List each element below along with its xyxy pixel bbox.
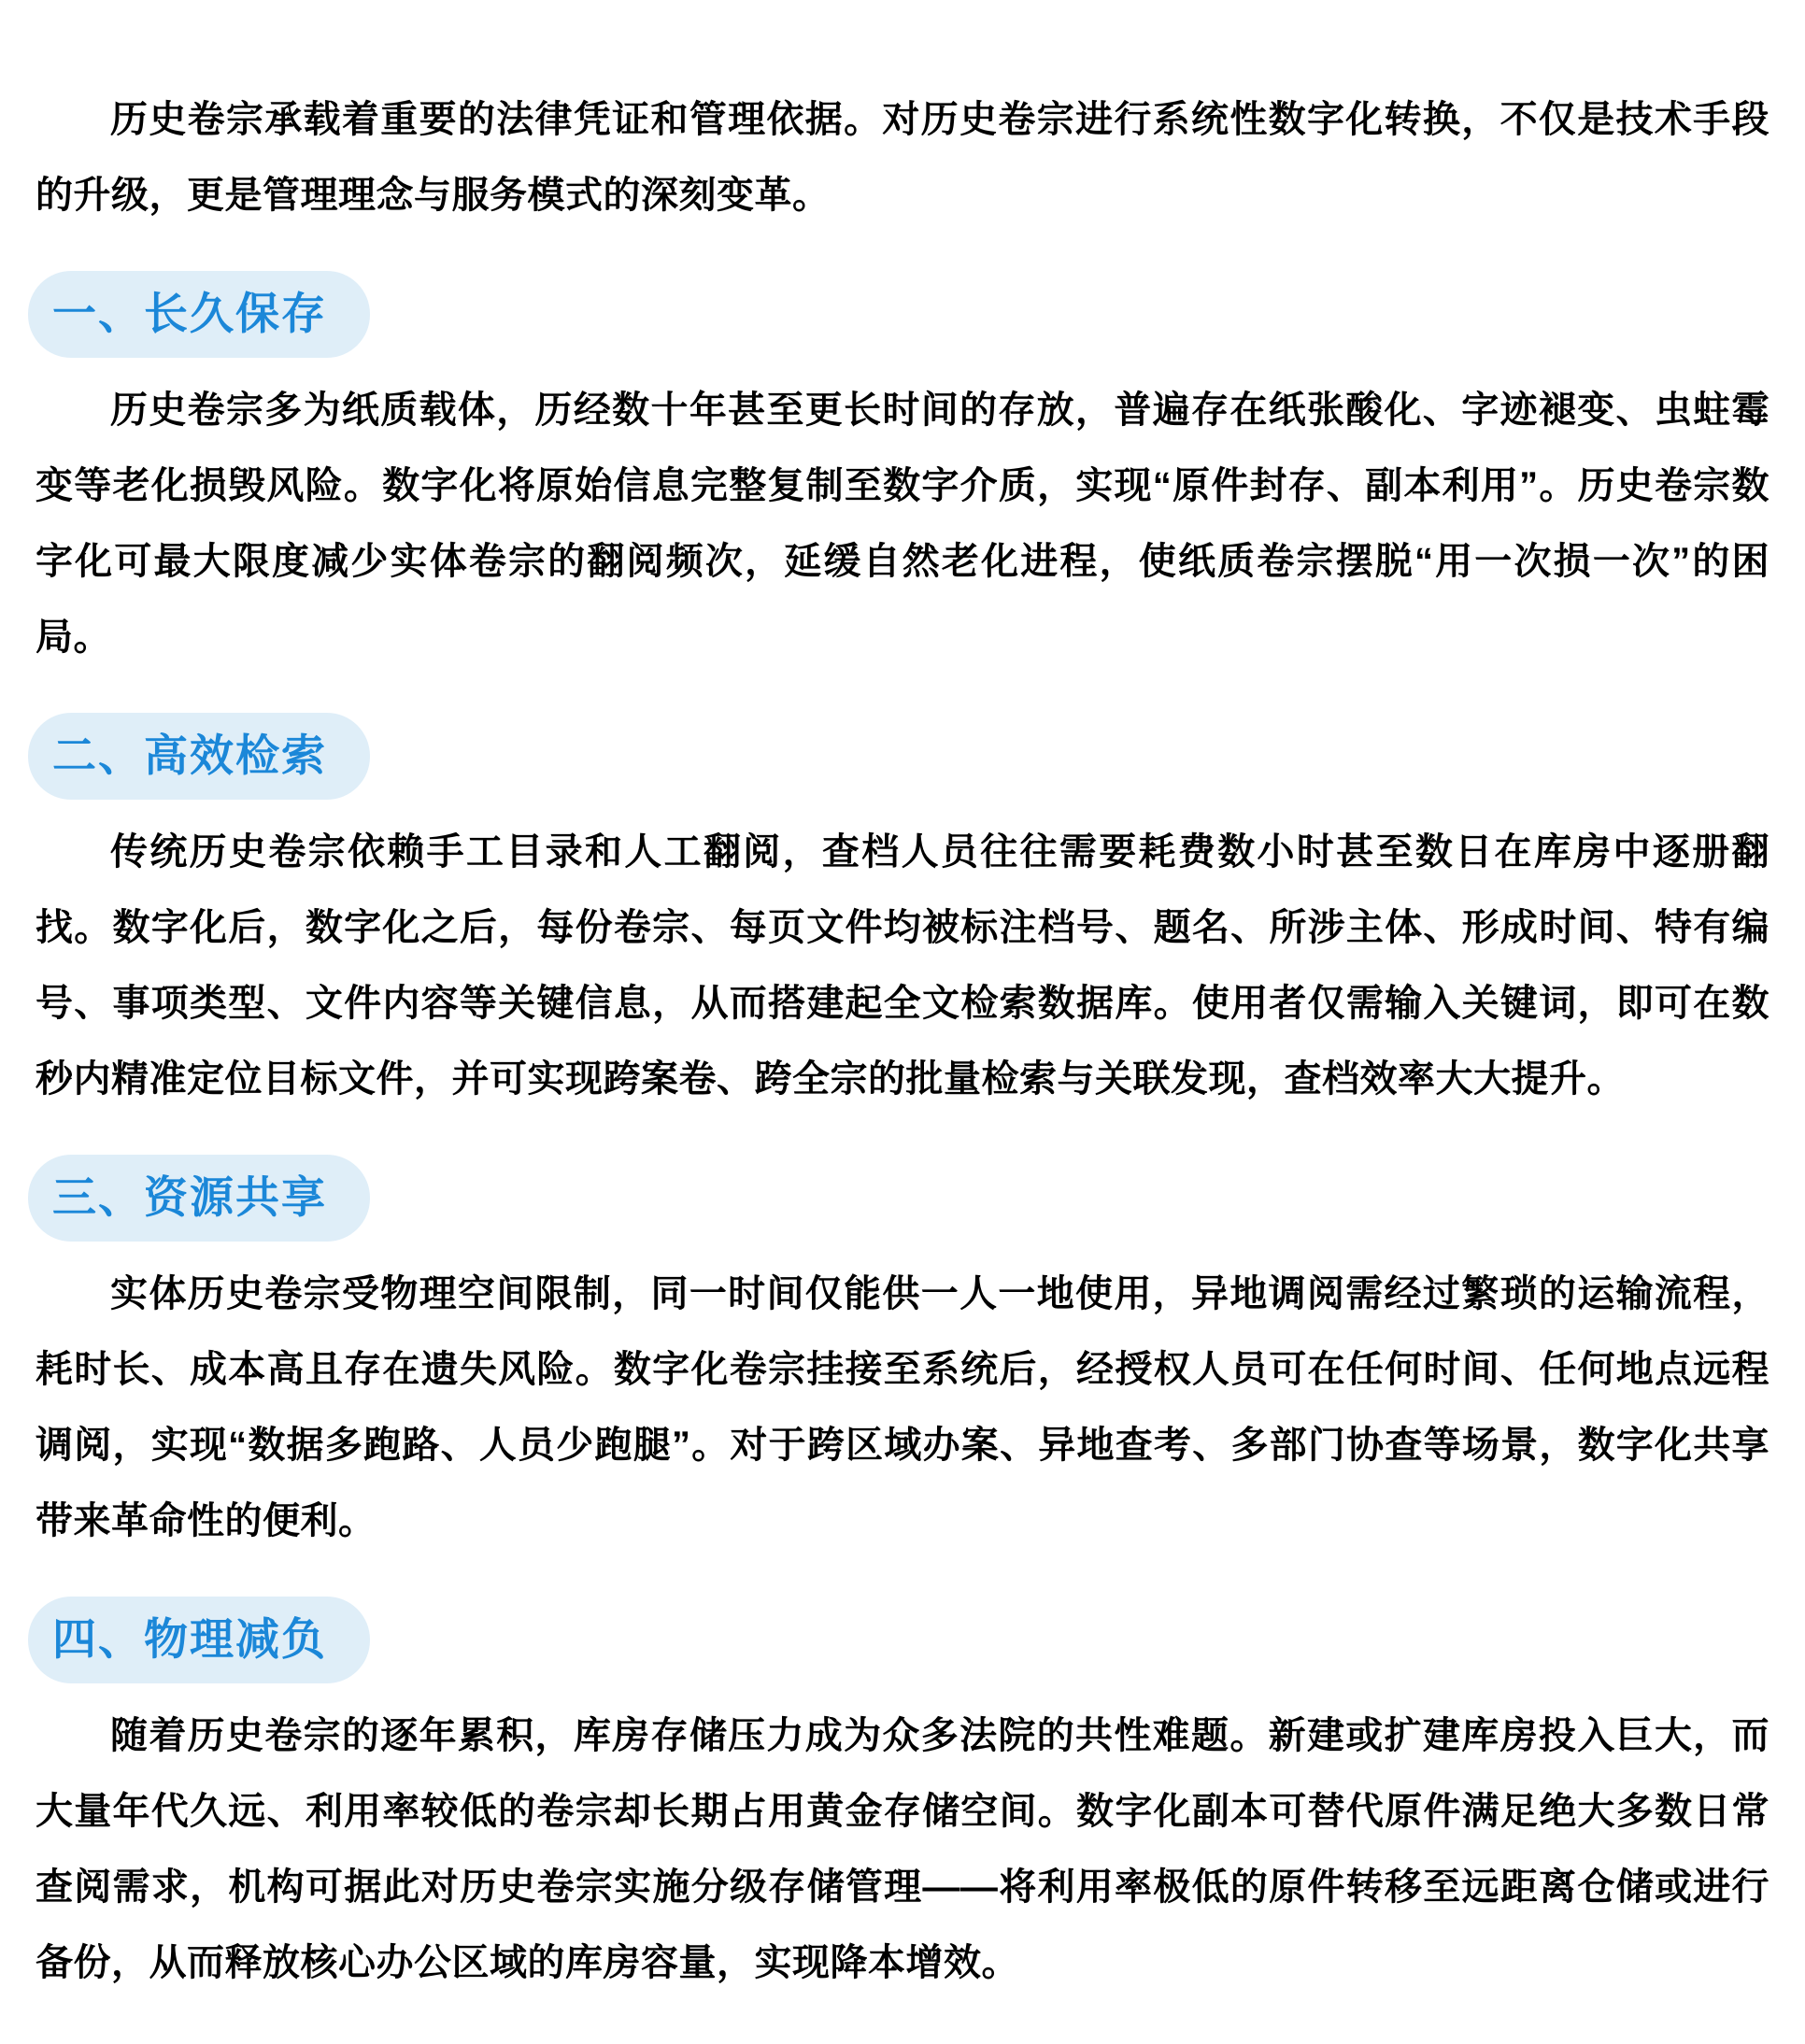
section-1-paragraph: 历史卷宗多为纸质载体，历经数十年甚至更长时间的存放，普遍存在纸张酸化、字迹褪变、… (36, 373, 1769, 675)
section-1-heading-label: 一、长久保存 (52, 289, 327, 338)
document-page: 历史卷宗承载着重要的法律凭证和管理依据。对历史卷宗进行系统性数字化转换，不仅是技… (0, 0, 1805, 2044)
section-3-heading-pill: 三、资源共享 (28, 1155, 370, 1242)
section-2-heading-pill: 二、高效检索 (28, 713, 370, 800)
section-4-paragraph: 随着历史卷宗的逐年累积，库房存储压力成为众多法院的共性难题。新建或扩建库房投入巨… (36, 1698, 1769, 2001)
section-3-heading-label: 三、资源共享 (52, 1172, 327, 1222)
section-4: 四、物理减负 随着历史卷宗的逐年累积，库房存储压力成为众多法院的共性难题。新建或… (36, 1565, 1769, 2001)
section-1: 一、长久保存 历史卷宗多为纸质载体，历经数十年甚至更长时间的存放，普遍存在纸张酸… (36, 239, 1769, 675)
section-3-paragraph: 实体历史卷宗受物理空间限制，同一时间仅能供一人一地使用，异地调阅需经过繁琐的运输… (36, 1256, 1769, 1559)
section-2-heading-label: 二、高效检索 (52, 731, 327, 780)
section-4-heading-label: 四、物理减负 (52, 1614, 327, 1664)
intro-paragraph: 历史卷宗承载着重要的法律凭证和管理依据。对历史卷宗进行系统性数字化转换，不仅是技… (36, 82, 1769, 234)
section-1-heading-pill: 一、长久保存 (28, 271, 370, 358)
section-2-paragraph: 传统历史卷宗依赖手工目录和人工翻阅，查档人员往往需要耗费数小时甚至数日在库房中逐… (36, 815, 1769, 1117)
section-3: 三、资源共享 实体历史卷宗受物理空间限制，同一时间仅能供一人一地使用，异地调阅需… (36, 1123, 1769, 1559)
section-4-heading-pill: 四、物理减负 (28, 1597, 370, 1683)
section-2: 二、高效检索 传统历史卷宗依赖手工目录和人工翻阅，查档人员往往需要耗费数小时甚至… (36, 681, 1769, 1117)
